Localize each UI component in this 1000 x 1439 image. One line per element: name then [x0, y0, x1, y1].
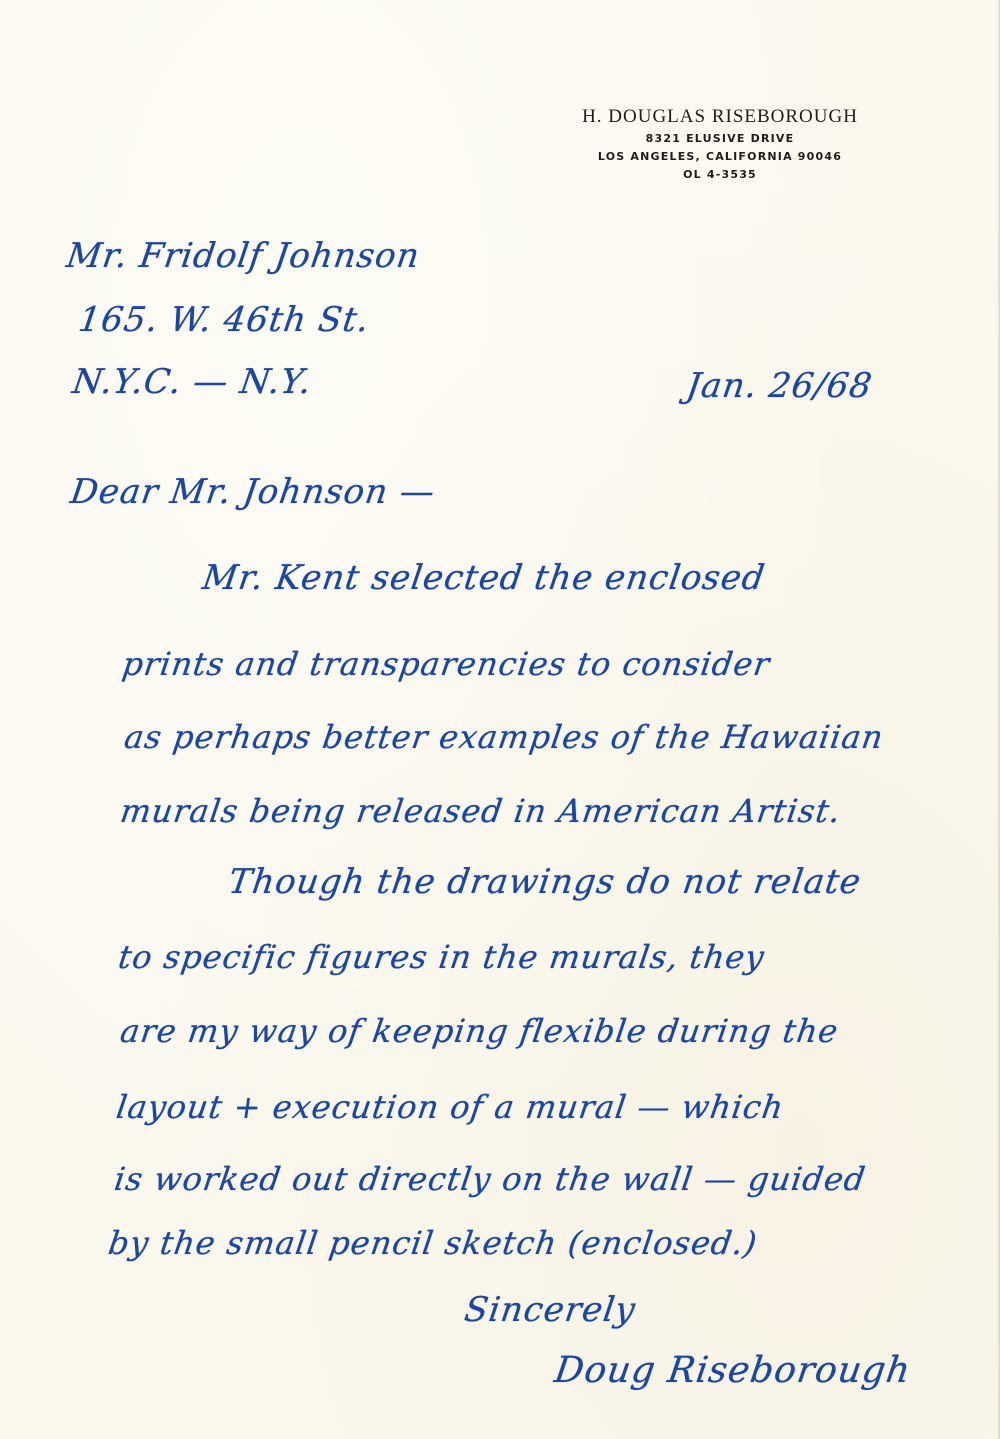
- body-line-1: Mr. Kent selected the enclosed: [200, 558, 768, 598]
- salutation: Dear Mr. Johnson —: [68, 472, 438, 512]
- recipient-street: 165. W. 46th St.: [76, 300, 372, 340]
- letterhead-street: 8321 ELUSIVE DRIVE: [540, 130, 900, 148]
- recipient-name: Mr. Fridolf Johnson: [64, 236, 422, 276]
- letterhead-name: H. DOUGLAS RISEBOROUGH: [540, 104, 900, 130]
- body-line-9: is worked out directly on the wall — gui…: [112, 1160, 868, 1198]
- letterhead-city: LOS ANGELES, CALIFORNIA 90046: [540, 148, 900, 166]
- body-line-4: murals being released in American Artist…: [118, 792, 844, 830]
- body-line-2: prints and transparencies to consider: [120, 645, 773, 683]
- body-line-6: to specific figures in the murals, they: [116, 938, 767, 976]
- recipient-city: N.Y.C. — N.Y.: [70, 362, 314, 402]
- letterhead-phone: OL 4-3535: [540, 166, 900, 184]
- body-line-7: are my way of keeping flexible during th…: [118, 1012, 841, 1050]
- closing: Sincerely: [462, 1290, 638, 1330]
- body-line-10: by the small pencil sketch (enclosed.): [106, 1224, 760, 1262]
- signature: Doug Riseborough: [552, 1350, 913, 1391]
- letter-date: Jan. 26/68: [684, 366, 875, 406]
- body-line-3: as perhaps better examples of the Hawaii…: [122, 718, 886, 756]
- letterhead: H. DOUGLAS RISEBOROUGH 8321 ELUSIVE DRIV…: [540, 104, 900, 184]
- body-line-8: layout + execution of a mural — which: [114, 1088, 786, 1126]
- body-line-5: Though the drawings do not relate: [226, 862, 864, 902]
